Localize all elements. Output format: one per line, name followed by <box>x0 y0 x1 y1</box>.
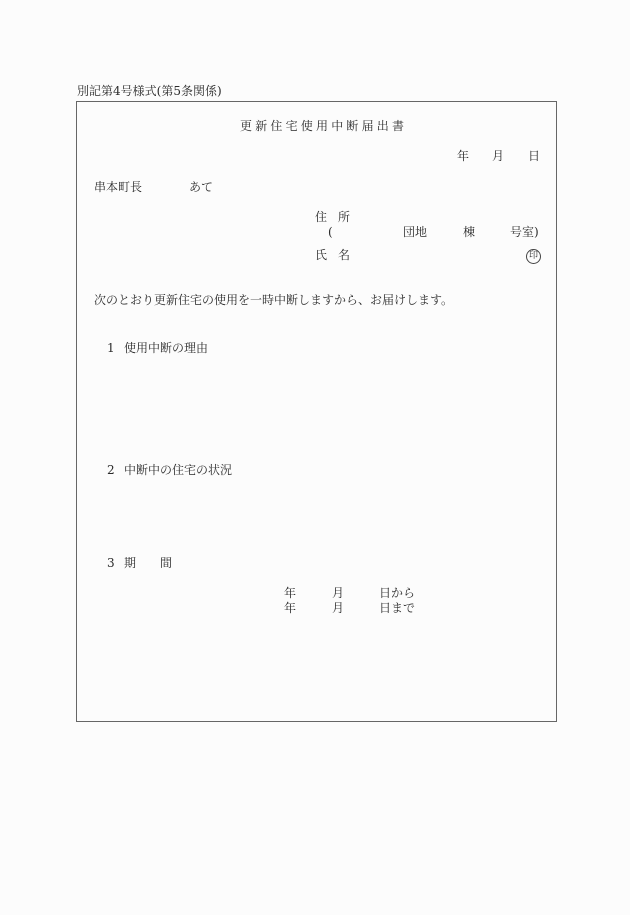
period-to-day: 日まで <box>379 601 415 615</box>
section-1-number: 1 <box>107 341 115 355</box>
section-2-label: 中断中の住宅の状況 <box>124 463 232 477</box>
address-label-1: 住 <box>315 210 327 224</box>
name-label-1: 氏 <box>315 248 327 262</box>
address-building-label: 棟 <box>463 225 475 239</box>
period-from-year: 年 <box>284 586 296 600</box>
document-title: 更新住宅使用中断届出書 <box>240 119 407 133</box>
address-label-2: 所 <box>338 210 350 224</box>
form-frame <box>76 101 557 722</box>
period-from-month: 月 <box>332 586 344 600</box>
address-room-label: 号室) <box>510 225 539 239</box>
address-danchi-label: 団地 <box>403 225 427 239</box>
section-3-label-1: 期 <box>124 556 136 570</box>
address-paren-open: ( <box>328 225 333 239</box>
section-3-label-2: 間 <box>160 556 172 570</box>
statement-text: 次のとおり更新住宅の使用を一時中断しますから、お届けします。 <box>94 293 453 307</box>
date-month-label: 月 <box>492 149 504 163</box>
date-day-label: 日 <box>528 149 540 163</box>
addressee-name: 串本町長 <box>94 180 142 194</box>
period-to-year: 年 <box>284 601 296 615</box>
form-number-label: 別記第4号様式(第5条関係) <box>77 84 222 98</box>
date-year-label: 年 <box>457 149 469 163</box>
name-label-2: 名 <box>338 248 350 262</box>
period-from-day: 日から <box>379 586 415 600</box>
seal-icon: 印 <box>526 247 541 264</box>
section-2-number: 2 <box>107 463 115 477</box>
section-3-number: 3 <box>107 556 115 570</box>
addressee-suffix: あて <box>189 180 213 194</box>
period-to-month: 月 <box>332 601 344 615</box>
section-1-label: 使用中断の理由 <box>124 341 208 355</box>
seal-mark: 印 <box>526 249 541 264</box>
